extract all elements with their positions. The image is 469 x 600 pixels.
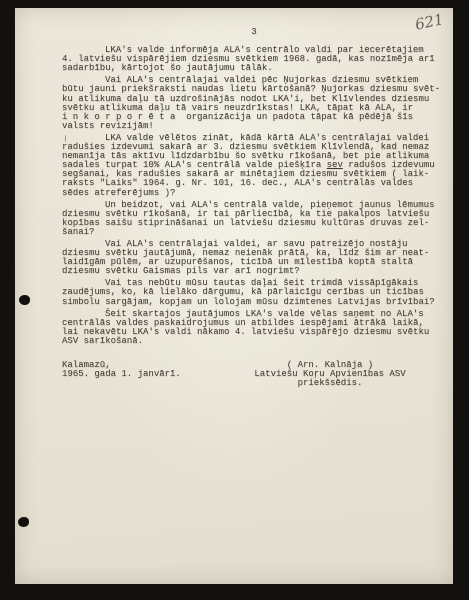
text-line: šanai? [62,228,446,237]
text-line: sadarbību, kārtojot šo jautājumu tālāk. [62,64,446,73]
punch-hole-bottom [18,517,29,527]
text-line: kopības saišu stiprināšanai un latviešu … [62,219,446,228]
signature-block: ( Arn. Kalnāja ) Latviešu Koŗu Apvienība… [232,361,428,388]
dateline-date: 1965. gada 1. janvārī. [62,370,181,379]
text-line: ASV sarīkošanā. [62,337,446,346]
dateline: Kalamazū, 1965. gada 1. janvārī. [62,361,181,388]
text-line: dziesmu svētku Gaismas pils var arī nogr… [62,267,446,276]
paragraph-1: LKA's valde informēja ALA's centrālo val… [62,46,446,73]
paragraph-6: Vai tas nebūtu mūsu tautas daļai šeit tr… [62,279,446,306]
paragraph-5: Vai ALA's centrālajai valdei, ar savu pa… [62,240,446,276]
scan-background: 621 3 LKA's valde informēja ALA's centrā… [0,0,469,600]
text-line: sēdes atreferējums )? [62,189,446,198]
paragraph-7: Šeit skartajos jautājumos LKA's valde vē… [62,310,446,346]
punch-hole-top [18,294,30,305]
signatory-role: priekšsēdis. [232,379,428,388]
text-line: simbolu sargājam, kopjam un lolojam mūsu… [62,298,446,307]
page-number: 3 [62,28,446,37]
paragraph-4: Un beidzot, vai ALA's centrālā valde, pi… [62,201,446,237]
paragraph-2: Vai ALA's centrālajai valdei pēc Ņujorka… [62,76,446,131]
document-page: 621 3 LKA's valde informēja ALA's centrā… [15,8,453,584]
paragraph-3: |LKA valde vēlētos zināt, kādā kārtā ALA… [62,134,446,198]
closing-block: Kalamazū, 1965. gada 1. janvārī. ( Arn. … [62,361,446,388]
letter-body: 3 LKA's valde informēja ALA's centrālo v… [62,28,446,388]
text-line: valsts revizijām! [62,122,446,131]
